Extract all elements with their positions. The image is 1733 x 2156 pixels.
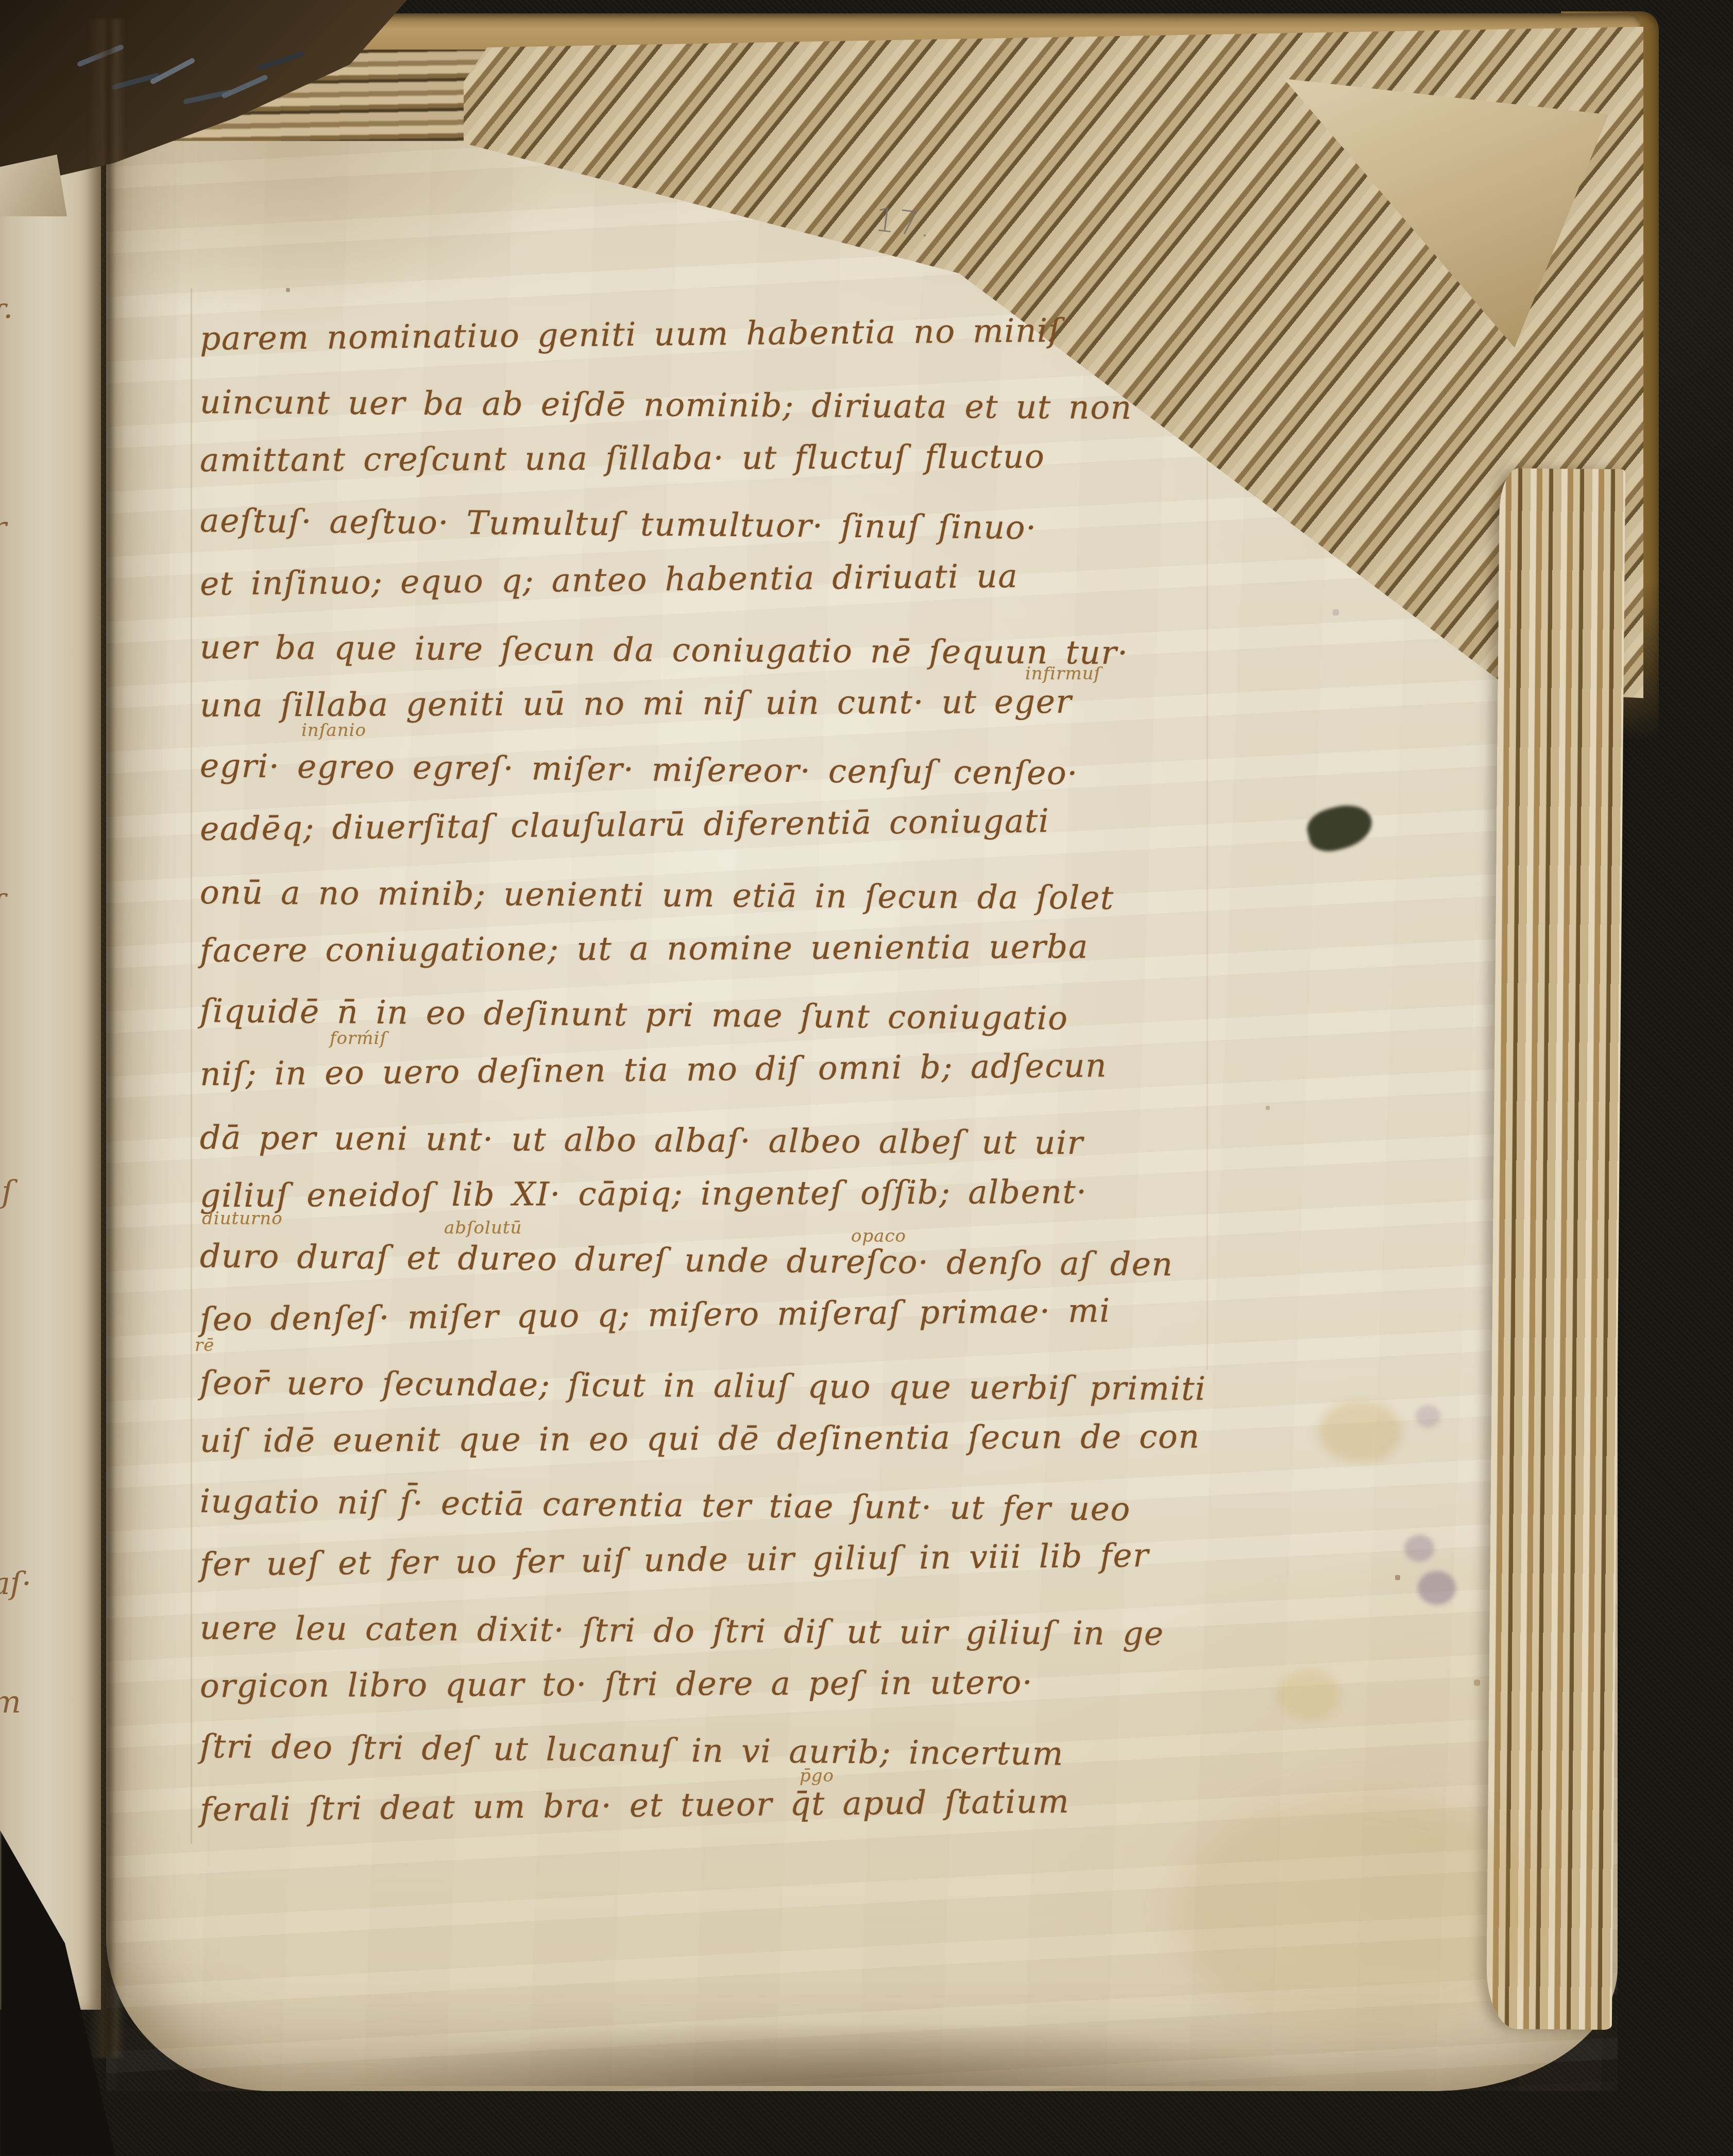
facing-page-text-fragment: r: [0, 510, 7, 546]
text-line: ſeo denſeſ· miſer quo q; miſero miſeraſ …: [199, 1279, 1230, 1350]
interlinear-gloss: inſanio: [301, 720, 366, 741]
facing-page-text-fragment: aſ·: [0, 1566, 31, 1602]
text-line: uiſ idē euenit que in eo qui dē deſinent…: [200, 1406, 1231, 1471]
purple-stain: [1418, 1571, 1456, 1605]
text-block: parem nominatiuo geniti uum habentia no …: [200, 308, 1230, 1840]
interlinear-gloss: infirmuſ: [1025, 663, 1101, 684]
facing-page-text-fragment: ıſ: [0, 1174, 13, 1210]
interlinear-gloss: rē: [195, 1335, 214, 1356]
text-line: giliuſ eneidoſ lib XI· cāpiq; ingenteſ o…: [200, 1160, 1231, 1226]
text-line: amittant creſcunt una ſillaba· ut fluctu…: [200, 425, 1231, 491]
dirt-specks: [0, 0, 1, 1]
interlinear-gloss: p̄go: [800, 1766, 834, 1786]
text-line: et inſinuo; equo q; anteo habentia diriu…: [199, 543, 1230, 614]
fore-edge-page-stack: [1486, 468, 1625, 2030]
gutter-shadow: [88, 19, 126, 2058]
interlinear-gloss: forḿiſ: [330, 1028, 387, 1049]
manuscript-photo: ſ· r ſ ıſ aſ· m 17. parem nominatiuo gen…: [0, 0, 1733, 2156]
purple-stain: [1416, 1405, 1440, 1428]
text-line: orgicon libro quar to· ſtri dere a peſ i…: [200, 1651, 1231, 1717]
yellow-stain: [1278, 1669, 1339, 1720]
facing-page-text-fragment: ſ·: [0, 299, 13, 335]
facing-page-text-fragment: m: [0, 1684, 21, 1720]
text-line: eadēq; diuerſitaſ clauſularū diferentiā …: [199, 789, 1230, 860]
folio-number: 17.: [873, 200, 936, 245]
ruling-line-left: [191, 288, 192, 1844]
interlinear-gloss: abſolutū: [444, 1218, 522, 1238]
yellow-stain: [1319, 1401, 1401, 1463]
facing-page-text-fragment: ſ: [0, 888, 3, 925]
text-line: ferali ſtri deat um bra· et tueor q̄t ap…: [199, 1769, 1230, 1840]
text-line: parem nominatiuo geniti uum habentia no …: [199, 298, 1230, 369]
text-line: fer ueſ et fer uo fer uiſ unde uir giliu…: [199, 1524, 1230, 1595]
interlinear-gloss: opaco: [851, 1226, 906, 1246]
purple-stain: [1404, 1535, 1434, 1562]
interlinear-gloss: diuturno: [202, 1208, 283, 1229]
text-line: facere coniugatione; ut a nomine uenient…: [200, 915, 1231, 981]
